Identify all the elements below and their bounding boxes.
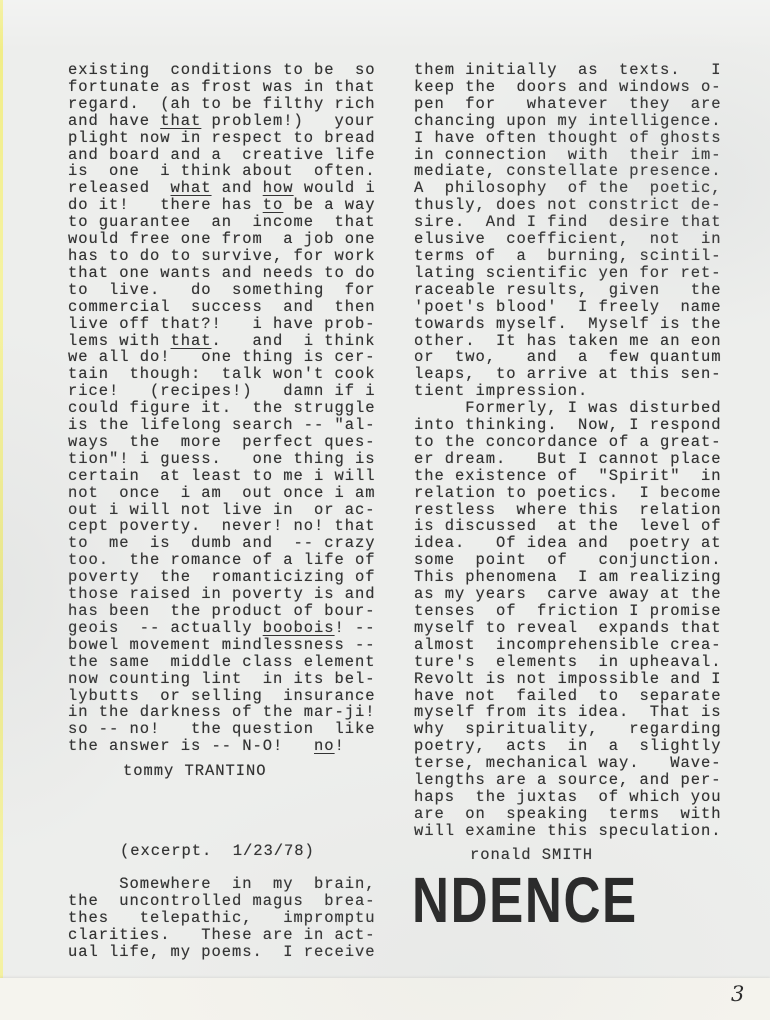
- scanned-page: existing conditions to be sofortunate as…: [0, 0, 770, 1020]
- byline-smith: ronald SMITH: [470, 847, 593, 864]
- left-column-text: existing conditions to be sofortunate as…: [68, 62, 376, 755]
- paper-bottom-band: [0, 978, 770, 1020]
- excerpt-heading: (excerpt. 1/23/78): [120, 843, 315, 860]
- excerpt-paragraph: Somewhere in my brain,the uncontrolled m…: [68, 876, 376, 961]
- byline-trantino: tommy TRANTINO: [123, 763, 267, 780]
- page-title-fragment: NDENCE: [412, 868, 638, 932]
- yellow-page-edge: [0, 0, 3, 1020]
- page-number: 3: [731, 984, 744, 1005]
- right-column-text: them initially as texts. Ikeep the doors…: [414, 62, 722, 840]
